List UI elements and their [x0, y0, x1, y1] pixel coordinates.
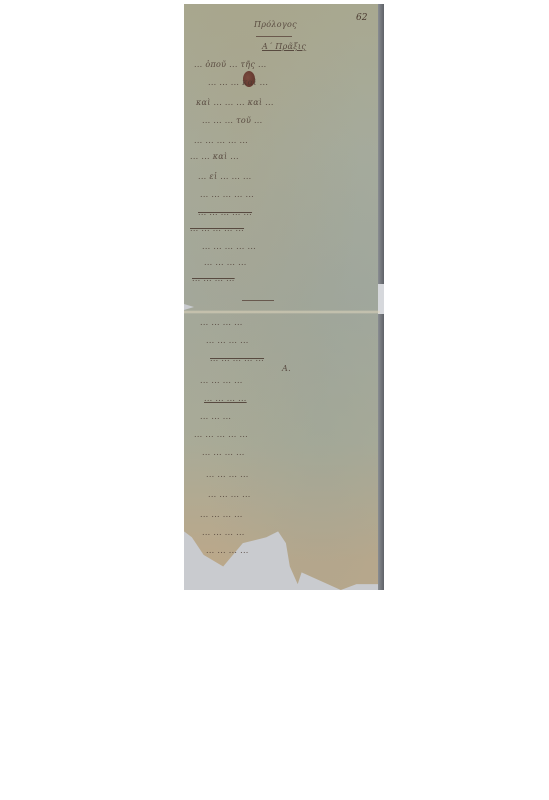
text-line: ... ... ... ...: [208, 490, 251, 499]
text-line: ... ... ... ...: [200, 376, 243, 385]
text-line: ... ... ... ...: [206, 336, 249, 345]
heading-line-2: Α΄ Πρᾶξις: [262, 42, 306, 51]
text-line-struck: ... ... ... ... ...: [190, 224, 244, 233]
text-line: ... ... ... ...: [200, 318, 243, 327]
text-line: ... ... ...: [200, 412, 231, 421]
text-line: ... ... ... ...: [202, 448, 245, 457]
heading-line-1: Πρόλογος: [254, 20, 297, 29]
handwritten-text: Πρόλογος Α΄ Πρᾶξις ... ὁποῦ ... τῆς ... …: [184, 4, 380, 590]
text-line: ... ... ... ... ...: [194, 136, 248, 145]
document-viewer: 62 Πρόλογος Α΄ Πρᾶξις ... ὁποῦ ... τῆς .…: [0, 0, 549, 800]
text-line: ... ... ... ...: [204, 394, 247, 403]
text-line: ... ... ... ...: [204, 258, 247, 267]
text-line: ... εἰ ... ... ...: [198, 172, 252, 181]
heading-rule: [256, 36, 292, 37]
text-line: καὶ ... ... ... καὶ ...: [196, 98, 274, 107]
text-line-struck: ... ... ... ... ...: [198, 208, 252, 217]
text-line: ... ... ... ...: [206, 470, 249, 479]
text-line: ... ... ... ... ...: [194, 430, 248, 439]
text-line: ... ... ... ...: [200, 510, 243, 519]
text-line: ... ... ... ...: [206, 546, 249, 555]
text-line: ... ὁποῦ ... τῆς ...: [194, 60, 267, 69]
text-line: ... ... καὶ ...: [190, 152, 239, 161]
text-line: ... ... ... τοῦ ...: [202, 116, 263, 125]
text-line: ... ... ... ...: [202, 528, 245, 537]
section-rule: [242, 300, 274, 301]
text-line: ... ... ... καὶ ...: [208, 78, 268, 87]
text-line: ... ... ... ... ...: [200, 190, 254, 199]
text-line-struck: ... ... ... ...: [192, 274, 235, 283]
text-line-struck: ... ... ... ... ...: [210, 354, 264, 363]
act-marker: Α.: [282, 364, 291, 373]
manuscript-scan: 62 Πρόλογος Α΄ Πρᾶξις ... ὁποῦ ... τῆς .…: [184, 4, 384, 590]
text-line: ... ... ... ... ...: [202, 242, 256, 251]
